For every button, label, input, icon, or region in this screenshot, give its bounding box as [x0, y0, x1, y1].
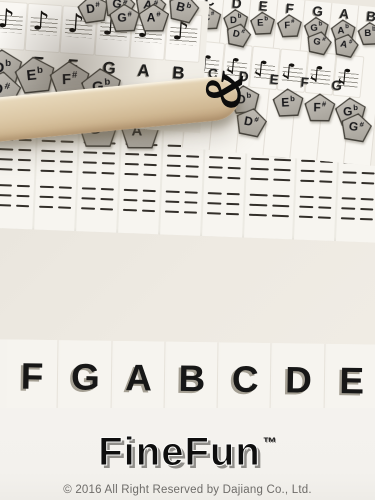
dash-segment: [361, 172, 375, 175]
dash-segment: [17, 159, 31, 162]
accidental-symbol: b: [353, 102, 358, 111]
dash-segment: [123, 209, 137, 212]
dash-segment: [167, 145, 181, 148]
note-letter: D: [273, 359, 324, 402]
accidental-symbol: #: [127, 9, 132, 18]
dash-segment: [101, 172, 115, 175]
dash-segment: [208, 192, 222, 195]
staff-dash-row: [0, 168, 35, 172]
accidental-sticker-bb: Bb: [357, 21, 375, 45]
staff-dash-row: [338, 181, 375, 185]
dash-segment: [81, 197, 95, 200]
dash-segment: [40, 170, 54, 173]
dash-segment: [60, 150, 74, 153]
staff-dash-row: [78, 171, 118, 175]
staff-dash-row: [295, 215, 335, 219]
dash-segment: [101, 162, 115, 165]
dash-segment: [100, 198, 114, 201]
dash-segment: [227, 167, 241, 170]
sticker-column: B: [166, 342, 218, 415]
dash-segment: [60, 140, 74, 143]
staff-dash-row: [35, 196, 75, 200]
staff-dash-row: [121, 153, 161, 157]
dash-segment: [271, 215, 289, 218]
note-letter: E: [269, 72, 279, 88]
dash-segment: [124, 173, 138, 176]
sticker-column: E: [326, 344, 375, 417]
staff-dash-row: [338, 197, 375, 201]
accidental-symbol: b: [345, 23, 349, 30]
note-letter: B: [167, 358, 218, 401]
dash-segment: [16, 185, 30, 188]
staff-dash-row: [78, 187, 118, 191]
dash-segment: [249, 204, 267, 207]
dash-segment: [83, 151, 97, 154]
dash-segment: [209, 156, 223, 159]
accidental-symbol: #: [322, 99, 326, 108]
dash-segment: [59, 170, 73, 173]
dash-segment: [226, 193, 240, 196]
product-photo: CC#DDbD#EEbFF#GGbG#AAbA#BBb♪♪♪♪♪♪CDEFGDb…: [0, 0, 375, 500]
staff-dash-row: [296, 180, 336, 184]
sticker-column: A: [113, 341, 165, 414]
staff-dash-row: [77, 197, 117, 201]
dash-segment: [125, 153, 139, 156]
accidental-symbol: b: [186, 0, 193, 10]
staff-dash-block: [245, 148, 296, 218]
staff-dash-row: [339, 171, 375, 175]
dash-segment: [82, 187, 96, 190]
accidental-label: Eb: [250, 11, 276, 35]
dash-segment: [207, 212, 221, 215]
dash-segment: [208, 176, 222, 179]
eighth-note-icon: ♪: [309, 60, 325, 83]
dash-segment: [301, 170, 315, 173]
sticker-column: G: [60, 340, 112, 413]
bottom-letter-row: FGABCDE: [0, 339, 375, 416]
dash-segment: [185, 175, 199, 178]
accidental-symbol: #: [322, 36, 327, 44]
staff-dash-row: [36, 170, 76, 174]
dash-segment: [341, 207, 355, 210]
accidental-label: G#: [339, 111, 374, 144]
dash-segment: [82, 171, 96, 174]
accidental-symbol: #: [348, 38, 353, 46]
dash-segment: [0, 194, 11, 197]
sticker-column: D: [273, 343, 325, 416]
dash-segment: [272, 195, 290, 198]
dash-segment: [0, 158, 12, 161]
accidental-sticker-eb: Eb: [250, 11, 276, 35]
staff-dash-row: [119, 199, 159, 203]
dash-segment: [81, 207, 95, 210]
staff-dash-block: [203, 146, 246, 215]
staff-dash-row: [38, 140, 78, 144]
sticker-column: C: [220, 342, 272, 415]
staff-dash-row: [205, 166, 245, 170]
dash-segment: [209, 166, 223, 169]
staff-dash-row: [204, 176, 244, 180]
accidental-symbol: b: [318, 20, 322, 27]
copyright-text: © 2016 All Right Reserved by Dajiang Co.…: [0, 484, 375, 496]
dash-segment: [123, 199, 137, 202]
dash-segment: [273, 179, 291, 182]
note-sticker: ♪: [25, 3, 63, 53]
dash-segment: [317, 216, 331, 219]
staff-dash-row: [79, 151, 119, 155]
dash-segment: [251, 168, 269, 171]
dash-segment: [228, 157, 242, 160]
dash-segment: [100, 208, 114, 211]
dash-segment: [249, 214, 267, 217]
accidental-symbol: #: [291, 18, 295, 25]
dash-segment: [361, 182, 375, 185]
accidental-symbol: #: [156, 9, 160, 18]
note-sticker: ♪: [0, 0, 28, 50]
dash-segment: [39, 196, 53, 199]
staff-dash-row: [0, 194, 34, 198]
note-letter: A: [113, 357, 164, 400]
dash-segment: [165, 210, 179, 213]
dash-segment: [184, 191, 198, 194]
dash-segment: [165, 200, 179, 203]
dash-segment: [42, 140, 56, 143]
dash-segment: [227, 177, 241, 180]
dash-segment: [41, 160, 55, 163]
dash-segment: [272, 205, 290, 208]
trademark-symbol: ™: [263, 434, 277, 450]
note-letter: E: [326, 360, 375, 403]
dash-segment: [58, 196, 72, 199]
staff-dash-block: [0, 138, 36, 207]
accidental-symbol: #: [241, 28, 246, 36]
accidental-symbol: #: [211, 10, 215, 17]
dash-segment: [143, 174, 157, 177]
staff-dash-row: [77, 207, 117, 211]
dash-segment: [225, 213, 239, 216]
dash-segment: [41, 150, 55, 153]
accidental-sticker-eb: Eb: [272, 88, 304, 117]
dash-segment: [250, 194, 268, 197]
accidental-sticker-f#: F#: [304, 93, 335, 121]
brand-lockup: FineFun™: [0, 422, 375, 481]
accidental-symbol: #: [95, 0, 100, 9]
staff-dash-row: [162, 190, 202, 194]
staff-dash-row: [296, 195, 336, 199]
dash-segment: [184, 201, 198, 204]
dash-segment: [166, 175, 180, 178]
accidental-label: F#: [304, 93, 335, 121]
staff-dash-row: [295, 205, 335, 209]
dash-segment: [343, 171, 357, 174]
accidental-sticker-g#: G#: [339, 111, 374, 144]
staff-dash-row: [37, 150, 77, 154]
dash-segment: [18, 149, 32, 152]
dash-segment: [0, 204, 11, 207]
dash-segment: [166, 191, 180, 194]
accidental-sticker-f#: F#: [277, 14, 303, 38]
dash-segment: [300, 180, 314, 183]
dash-segment: [40, 186, 54, 189]
staff-dash-row: [337, 217, 375, 221]
dash-segment: [143, 164, 157, 167]
staff-dash-row: [0, 184, 34, 188]
staff-dash-row: [121, 163, 161, 167]
eighth-note-icon: ♪: [0, 6, 15, 33]
accidental-symbol: #: [4, 80, 11, 92]
staff-dash-row: [37, 160, 77, 164]
staff-dash-row: [162, 174, 202, 178]
staff-dash-row: [247, 168, 295, 172]
accidental-symbol: b: [264, 15, 268, 22]
staff-dash-row: [297, 170, 337, 174]
staff-dash-row: [119, 209, 159, 213]
note-letter: G: [60, 356, 111, 399]
note-letter: C: [220, 358, 271, 401]
staff-dash-row: [245, 214, 293, 218]
dash-segment: [273, 169, 291, 172]
note-letter: A: [137, 61, 151, 82]
dash-segment: [124, 189, 138, 192]
dash-segment: [186, 155, 200, 158]
staff-dash-row: [161, 210, 201, 214]
dash-segment: [360, 198, 374, 201]
staff-dash-row: [205, 156, 245, 160]
dash-segment: [250, 178, 268, 181]
dash-segment: [360, 208, 374, 211]
accidental-symbol: b: [5, 57, 11, 68]
staff-dash-row: [0, 148, 35, 152]
dash-segment: [167, 165, 181, 168]
dash-segment: [359, 218, 373, 221]
staff-dash-row: [246, 194, 294, 198]
treble-clef-sticker: &: [200, 68, 252, 116]
staff-dash-row: [35, 206, 75, 210]
staff-dash-row: [337, 207, 375, 211]
eighth-note-icon: ♪: [281, 58, 297, 81]
dash-segment: [142, 190, 156, 193]
staff-dash-row: [246, 178, 294, 182]
staff-dash-block: [161, 144, 204, 213]
staff-dash-row: [245, 204, 293, 208]
eighth-note-icon: ♪: [253, 55, 269, 78]
dash-segment: [251, 158, 269, 161]
dash-segment: [83, 161, 97, 164]
staff-dash-row: [0, 158, 35, 162]
dash-segment: [144, 154, 158, 157]
treble-clef-icon: &: [195, 67, 253, 112]
dash-segment: [341, 217, 355, 220]
dash-segment: [0, 168, 12, 171]
dash-segment: [319, 180, 333, 183]
dash-segment: [300, 196, 314, 199]
staff-dash-row: [120, 189, 160, 193]
staff-dash-row: [163, 154, 203, 158]
accidental-label: F#: [277, 14, 303, 38]
dash-segment: [0, 184, 11, 187]
staff-dash-row: [161, 200, 201, 204]
accidental-label: Eb: [272, 88, 304, 117]
dash-segment: [58, 186, 72, 189]
staff-dash-row: [204, 192, 244, 196]
eighth-note-icon: ♪: [32, 8, 50, 35]
dash-segment: [207, 202, 221, 205]
dash-segment: [183, 211, 197, 214]
staff-dash-row: [36, 186, 76, 190]
brand-name: FineFun: [98, 430, 261, 474]
staff-dash-row: [0, 204, 33, 208]
dash-segment: [185, 165, 199, 168]
dash-segment: [318, 196, 332, 199]
dash-segment: [16, 205, 30, 208]
dash-segment: [167, 155, 181, 158]
staff-dash-block: [35, 140, 78, 209]
staff-dash-block: [119, 143, 162, 212]
dash-segment: [17, 169, 31, 172]
sticker-column: F: [7, 339, 59, 412]
dash-segment: [100, 188, 114, 191]
dash-segment: [58, 206, 72, 209]
accidental-symbol: #: [359, 119, 365, 129]
dash-segment: [59, 160, 73, 163]
dash-segment: [102, 152, 116, 155]
accidental-symbol: b: [238, 13, 242, 20]
staff-dash-row: [203, 202, 243, 206]
staff-dash-row: [79, 161, 119, 165]
staff-dash-row: [163, 164, 203, 168]
dash-segment: [125, 163, 139, 166]
accidental-label: Bb: [357, 21, 375, 45]
dash-segment: [141, 210, 155, 213]
staff-dash-block: [77, 141, 120, 210]
brand-label: FineFun™ © 2016 All Right Reserved by Da…: [0, 408, 375, 500]
note-letter: F: [7, 355, 58, 398]
accidental-symbol: #: [72, 69, 78, 80]
dash-segment: [0, 148, 13, 151]
dash-segment: [299, 216, 313, 219]
accidental-symbol: #: [254, 114, 260, 124]
dash-segment: [299, 206, 313, 209]
dash-segment: [342, 181, 356, 184]
accidental-symbol: b: [36, 64, 43, 76]
note-letter: G: [331, 77, 343, 93]
staff-dash-row: [203, 212, 243, 216]
dash-segment: [274, 159, 292, 162]
dash-segment: [319, 170, 333, 173]
staff-dash-row: [120, 173, 160, 177]
staff-dash-row: [247, 158, 295, 162]
dash-segment: [16, 195, 30, 198]
accidental-symbol: b: [290, 94, 295, 103]
dash-segment: [142, 200, 156, 203]
dash-segment: [342, 197, 356, 200]
dash-segment: [318, 206, 332, 209]
dash-segment: [226, 203, 240, 206]
dash-segment: [39, 206, 53, 209]
